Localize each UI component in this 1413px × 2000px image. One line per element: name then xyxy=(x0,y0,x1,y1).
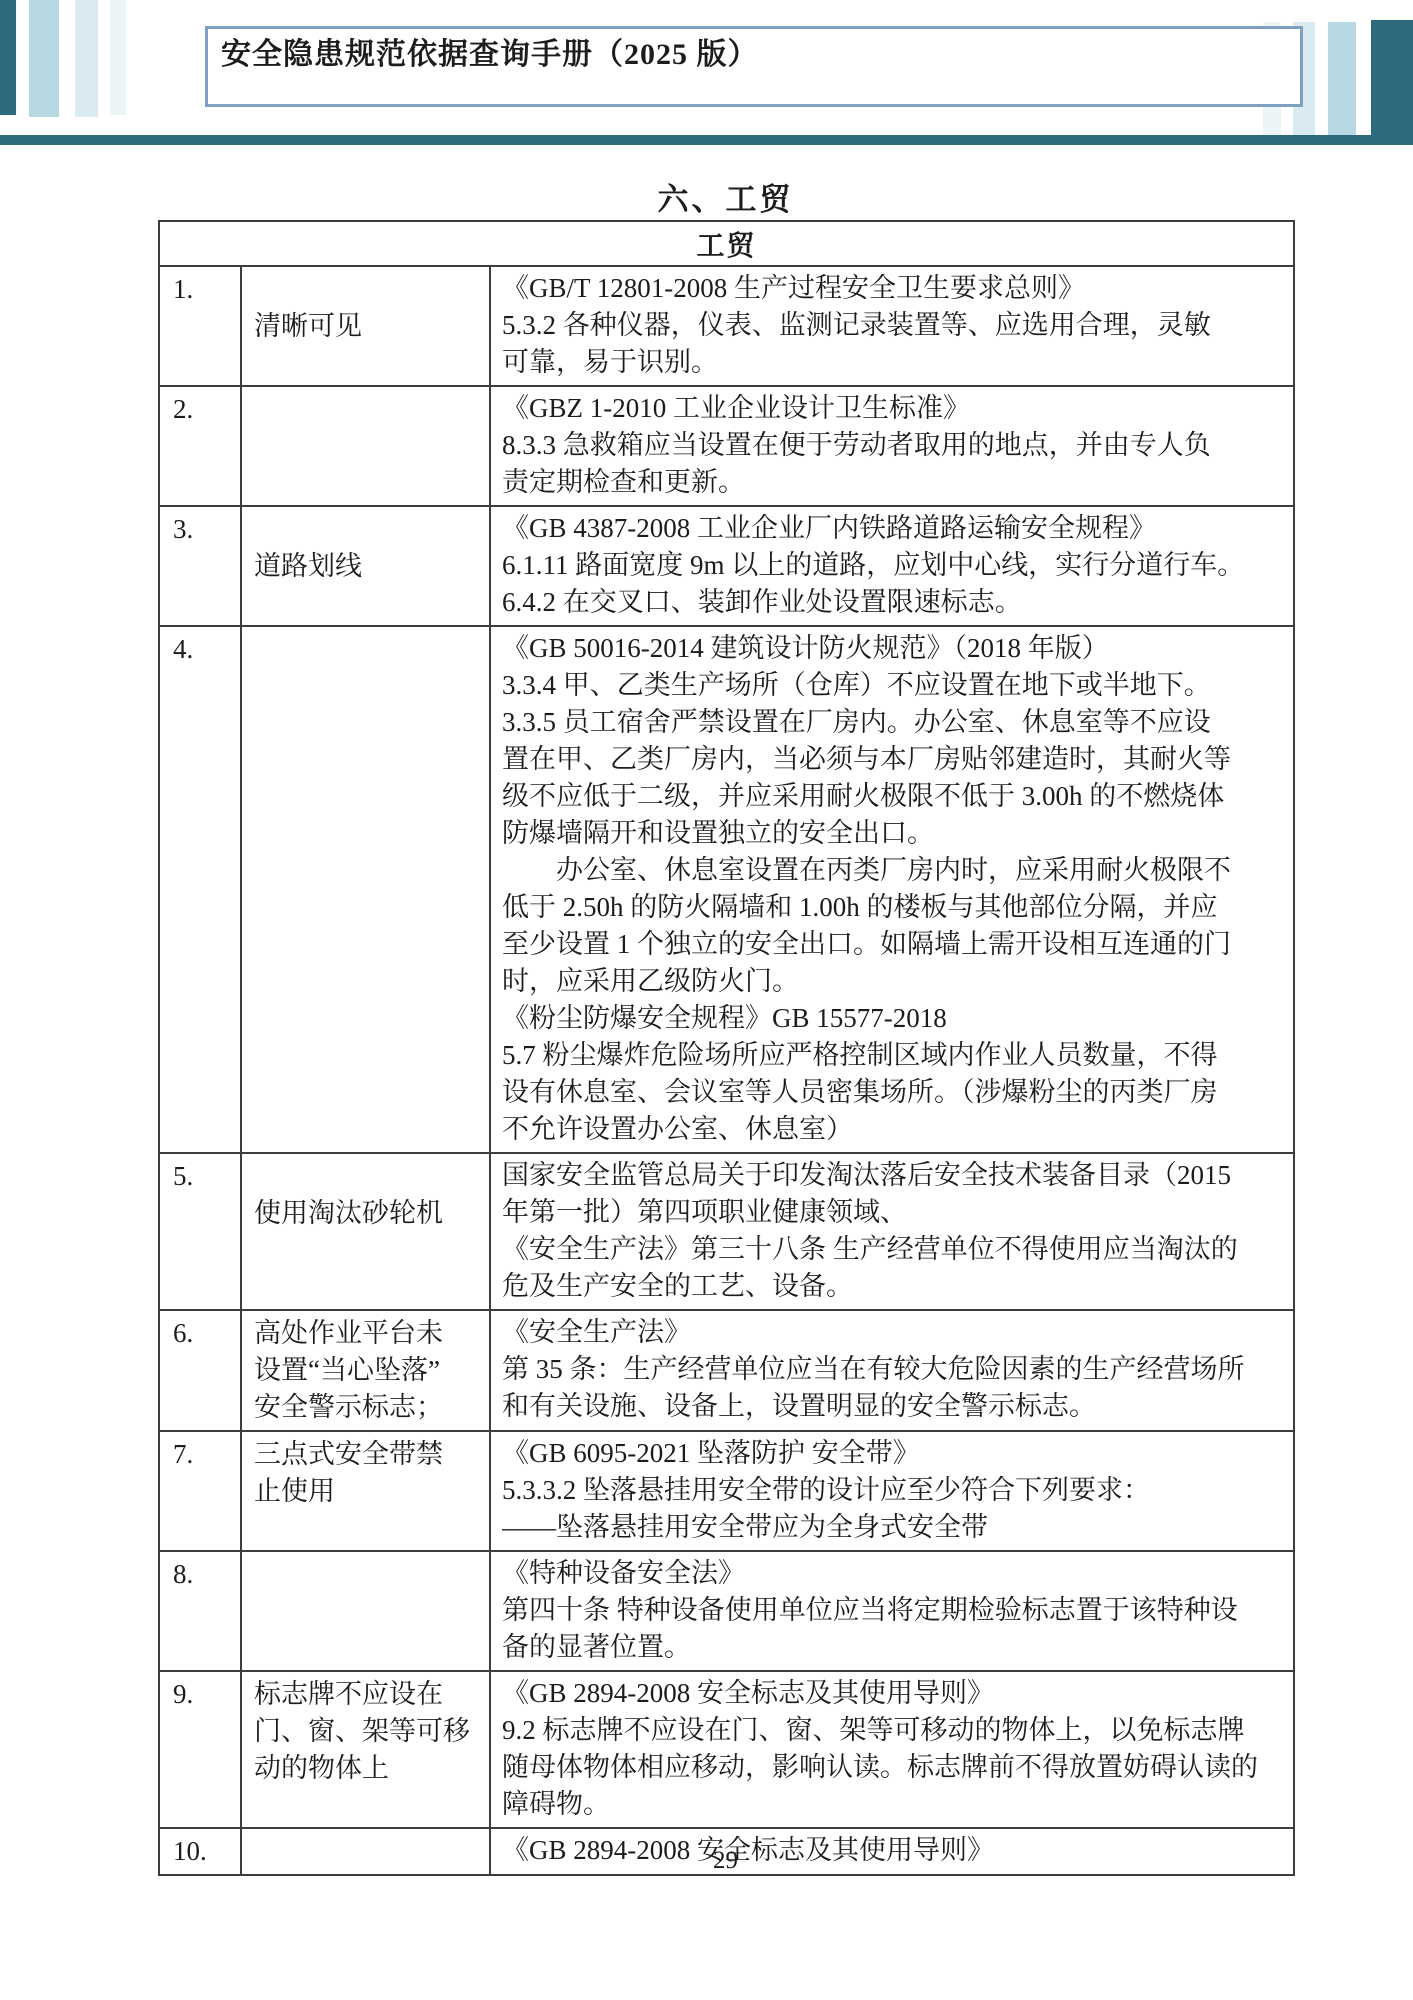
table-row: 8.《特种设备安全法》第四十条 特种设备使用单位应当将定期检验标志置于该特种设备… xyxy=(159,1551,1294,1671)
table-row: 6.高处作业平台未设置“当心坠落”安全警示标志；《安全生产法》第 35 条：生产… xyxy=(159,1310,1294,1431)
regulation-text-line: 8.3.3 急救箱应当设置在便于劳动者取用的地点，并由专人负 xyxy=(502,427,1285,464)
manual-title: 安全隐患规范依据查询手册（2025 版） xyxy=(221,37,759,73)
table-row: 2.《GBZ 1-2010 工业企业设计卫生标准》8.3.3 急救箱应当设置在便… xyxy=(159,386,1294,506)
regulation-text-line: 6.1.11 路面宽度 9m 以上的道路，应划中心线，实行分道行车。 xyxy=(502,547,1285,584)
hazard-label-line: 三点式安全带禁 xyxy=(254,1436,483,1473)
regulation-text-line: 3.3.5 员工宿舍严禁设置在厂房内。办公室、休息室等不应设 xyxy=(502,704,1285,741)
table-row: 9.标志牌不应设在门、窗、架等可移动的物体上《GB 2894-2008 安全标志… xyxy=(159,1671,1294,1828)
regulation-text-cell: 《GB 6095-2021 坠落防护 安全带》5.3.3.2 坠落悬挂用安全带的… xyxy=(490,1431,1294,1551)
regulation-text-line: 《GB 50016-2014 建筑设计防火规范》（2018 年版） xyxy=(502,630,1285,667)
regulation-text-line: 防爆墙隔开和设置独立的安全出口。 xyxy=(502,815,1285,852)
regulation-text-cell: 《特种设备安全法》第四十条 特种设备使用单位应当将定期检验标志置于该特种设备的显… xyxy=(490,1551,1294,1671)
row-number-cell: 3. xyxy=(159,506,241,626)
trade-table: 工贸 1.清晰可见《GB/T 12801-2008 生产过程安全卫生要求总则》5… xyxy=(158,220,1295,1876)
regulation-text-cell: 国家安全监管总局关于印发淘汰落后安全技术装备目录（2015年第一批）第四项职业健… xyxy=(490,1153,1294,1310)
regulation-text-line: 和有关设施、设备上，设置明显的安全警示标志。 xyxy=(502,1388,1285,1425)
row-number-cell: 1. xyxy=(159,266,241,386)
regulation-text-line: 9.2 标志牌不应设在门、窗、架等可移动的物体上，以免标志牌 xyxy=(502,1712,1285,1749)
row-number-cell: 9. xyxy=(159,1671,241,1828)
regulation-text-line: 可靠，易于识别。 xyxy=(502,344,1285,381)
corner-stripe-left-medium xyxy=(29,0,59,117)
hazard-label-cell: 高处作业平台未设置“当心坠落”安全警示标志； xyxy=(241,1310,490,1431)
regulation-text-line: 第四十条 特种设备使用单位应当将定期检验标志置于该特种设 xyxy=(502,1592,1285,1629)
regulation-text-line: 《安全生产法》 xyxy=(502,1314,1285,1351)
regulation-text-line: 第 35 条：生产经营单位应当在有较大危险因素的生产经营场所 xyxy=(502,1351,1285,1388)
regulation-text-line: 3.3.4 甲、乙类生产场所（仓库）不应设置在地下或半地下。 xyxy=(502,667,1285,704)
hazard-label-line: 使用淘汰砂轮机 xyxy=(254,1195,483,1232)
regulation-text-line: 《粉尘防爆安全规程》GB 15577-2018 xyxy=(502,1000,1285,1037)
regulation-text-line: 《特种设备安全法》 xyxy=(502,1555,1285,1592)
hazard-label-cell: 清晰可见 xyxy=(241,266,490,386)
table-row: 1.清晰可见《GB/T 12801-2008 生产过程安全卫生要求总则》5.3.… xyxy=(159,266,1294,386)
table-header-row: 工贸 xyxy=(159,221,1294,266)
hazard-label-line: 止使用 xyxy=(254,1473,483,1510)
regulation-text-cell: 《GBZ 1-2010 工业企业设计卫生标准》8.3.3 急救箱应当设置在便于劳… xyxy=(490,386,1294,506)
regulation-text-cell: 《安全生产法》第 35 条：生产经营单位应当在有较大危险因素的生产经营场所和有关… xyxy=(490,1310,1294,1431)
regulation-text-line: 《安全生产法》第三十八条 生产经营单位不得使用应当淘汰的 xyxy=(502,1231,1285,1268)
table-row: 4.《GB 50016-2014 建筑设计防火规范》（2018 年版）3.3.4… xyxy=(159,626,1294,1153)
hazard-label-line: 门、窗、架等可移 xyxy=(254,1713,483,1750)
hazard-label-line: 标志牌不应设在 xyxy=(254,1676,483,1713)
regulation-text-line: 5.7 粉尘爆炸危险场所应严格控制区域内作业人员数量，不得 xyxy=(502,1037,1285,1074)
regulation-text-cell: 《GB 2894-2008 安全标志及其使用导则》9.2 标志牌不应设在门、窗、… xyxy=(490,1671,1294,1828)
regulation-text-line: 设有休息室、会议室等人员密集场所。（涉爆粉尘的丙类厂房 xyxy=(502,1074,1285,1111)
hazard-label-cell: 使用淘汰砂轮机 xyxy=(241,1153,490,1310)
hazard-label-line: 设置“当心坠落” xyxy=(254,1352,483,1389)
hazard-label-cell: 三点式安全带禁止使用 xyxy=(241,1431,490,1551)
header-rule xyxy=(0,135,1413,145)
row-number-cell: 4. xyxy=(159,626,241,1153)
hazard-label-cell: 道路划线 xyxy=(241,506,490,626)
corner-stripe-left-faint xyxy=(110,0,126,115)
row-number-cell: 6. xyxy=(159,1310,241,1431)
regulation-text-line: 年第一批）第四项职业健康领域、 xyxy=(502,1194,1285,1231)
regulation-text-cell: 《GB 50016-2014 建筑设计防火规范》（2018 年版）3.3.4 甲… xyxy=(490,626,1294,1153)
table-row: 5.使用淘汰砂轮机国家安全监管总局关于印发淘汰落后安全技术装备目录（2015年第… xyxy=(159,1153,1294,1310)
regulation-text-line: 随母体物体相应移动，影响认读。标志牌前不得放置妨碍认读的 xyxy=(502,1749,1285,1786)
table-header-cell: 工贸 xyxy=(159,221,1294,266)
table-row: 7.三点式安全带禁止使用《GB 6095-2021 坠落防护 安全带》5.3.3… xyxy=(159,1431,1294,1551)
regulation-text-line: 责定期检查和更新。 xyxy=(502,464,1285,501)
hazard-label-cell: 标志牌不应设在门、窗、架等可移动的物体上 xyxy=(241,1671,490,1828)
trade-table-body: 1.清晰可见《GB/T 12801-2008 生产过程安全卫生要求总则》5.3.… xyxy=(159,266,1294,1875)
corner-stripe-left-light xyxy=(75,0,98,117)
regulation-text-line: 低于 2.50h 的防火隔墙和 1.00h 的楼板与其他部位分隔，并应 xyxy=(502,889,1285,926)
regulation-text-line: 障碍物。 xyxy=(502,1786,1285,1823)
row-number-cell: 2. xyxy=(159,386,241,506)
row-number-cell: 5. xyxy=(159,1153,241,1310)
regulation-text-line: 置在甲、乙类厂房内，当必须与本厂房贴邻建造时，其耐火等 xyxy=(502,741,1285,778)
regulation-text-line: 备的显著位置。 xyxy=(502,1629,1285,1666)
page-number: 29 xyxy=(158,1847,1293,1875)
regulation-text-line: 时，应采用乙级防火门。 xyxy=(502,963,1285,1000)
hazard-label-cell xyxy=(241,1551,490,1671)
document-page: { "page": { "header_title": "安全隐患规范依据查询手… xyxy=(0,0,1413,2000)
row-number-cell: 8. xyxy=(159,1551,241,1671)
corner-stripe-right-dark xyxy=(1371,20,1413,145)
hazard-label-cell xyxy=(241,626,490,1153)
regulation-text-line: 《GB 2894-2008 安全标志及其使用导则》 xyxy=(502,1675,1285,1712)
hazard-label-line: 动的物体上 xyxy=(254,1750,483,1787)
regulation-text-line: 6.4.2 在交叉口、装卸作业处设置限速标志。 xyxy=(502,584,1285,621)
regulation-text-line: 不允许设置办公室、休息室） xyxy=(502,1111,1285,1148)
hazard-label-line: 清晰可见 xyxy=(254,308,483,345)
regulation-text-line: 5.3.3.2 坠落悬挂用安全带的设计应至少符合下列要求： xyxy=(502,1472,1285,1509)
table-row: 3.道路划线《GB 4387-2008 工业企业厂内铁路道路运输安全规程》6.1… xyxy=(159,506,1294,626)
regulation-text-cell: 《GB/T 12801-2008 生产过程安全卫生要求总则》5.3.2 各种仪器… xyxy=(490,266,1294,386)
regulation-text-line: 《GB 4387-2008 工业企业厂内铁路道路运输安全规程》 xyxy=(502,510,1285,547)
regulation-text-line: 《GB 6095-2021 坠落防护 安全带》 xyxy=(502,1435,1285,1472)
hazard-label-line: 道路划线 xyxy=(254,548,483,585)
regulation-text-line: 国家安全监管总局关于印发淘汰落后安全技术装备目录（2015 xyxy=(502,1157,1285,1194)
hazard-label-line: 安全警示标志； xyxy=(254,1389,483,1426)
regulation-text-line: ——坠落悬挂用安全带应为全身式安全带 xyxy=(502,1509,1285,1546)
regulation-text-line: 危及生产安全的工艺、设备。 xyxy=(502,1268,1285,1305)
corner-stripe-right-medium xyxy=(1328,22,1356,137)
regulation-text-cell: 《GB 4387-2008 工业企业厂内铁路道路运输安全规程》6.1.11 路面… xyxy=(490,506,1294,626)
regulation-text-line: 《GBZ 1-2010 工业企业设计卫生标准》 xyxy=(502,390,1285,427)
regulation-text-line: 至少设置 1 个独立的安全出口。如隔墙上需开设相互连通的门 xyxy=(502,926,1285,963)
hazard-label-line: 高处作业平台未 xyxy=(254,1315,483,1352)
regulation-text-line: 级不应低于二级，并应采用耐火极限不低于 3.00h 的不燃烧体 xyxy=(502,778,1285,815)
regulation-text-line: 《GB/T 12801-2008 生产过程安全卫生要求总则》 xyxy=(502,270,1285,307)
regulation-text-line: 办公室、休息室设置在丙类厂房内时，应采用耐火极限不 xyxy=(502,852,1285,889)
corner-stripe-left-dark xyxy=(0,0,16,115)
page-header: 安全隐患规范依据查询手册（2025 版） xyxy=(205,26,1303,107)
regulation-text-line: 5.3.2 各种仪器，仪表、监测记录装置等、应选用合理，灵敏 xyxy=(502,307,1285,344)
row-number-cell: 7. xyxy=(159,1431,241,1551)
hazard-label-cell xyxy=(241,386,490,506)
section-title: 六、工贸 xyxy=(158,174,1293,219)
